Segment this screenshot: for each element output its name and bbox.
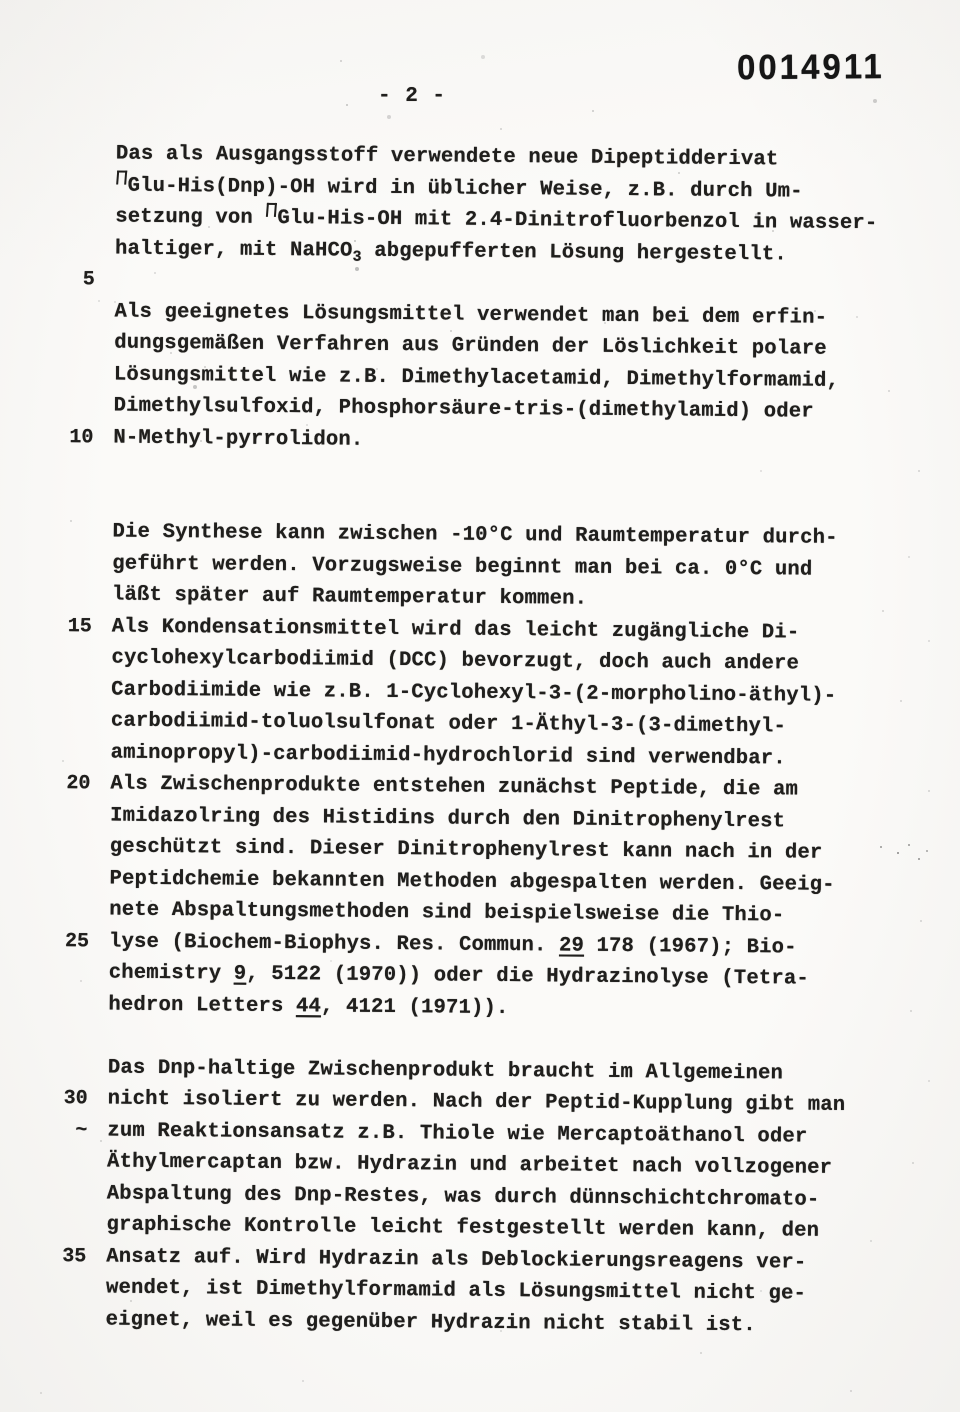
line-text: cyclohexylcarbodiimid (DCC) bevorzugt, d… xyxy=(111,647,799,676)
line-text: Die Synthese kann zwischen -10°C und Rau… xyxy=(112,521,837,550)
line-text: geführt werden. Vorzugsweise beginnt man… xyxy=(112,552,812,581)
line-text: wendet, ist Dimethylformamid als Lösungs… xyxy=(106,1276,806,1305)
line-text: hedron Letters 44, 4121 (1971)). xyxy=(108,993,508,1019)
line-number-margin: ~ xyxy=(45,1118,91,1141)
line-text: eignet, weil es gegenüber Hydrazin nicht… xyxy=(106,1308,756,1337)
line-text: Äthylmercaptan bzw. Hydrazin und arbeite… xyxy=(107,1151,832,1180)
underlined-volume-number: 44 xyxy=(296,995,321,1018)
subscript-text: 3 xyxy=(352,248,361,265)
line-text: lyse (Biochem-Biophys. Res. Commun. 29 1… xyxy=(109,930,797,959)
line-number-margin: 15 xyxy=(50,614,96,637)
underlined-volume-number: 9 xyxy=(234,963,247,986)
document-page: 0014911 - 2 - Das als Ausgangsstoff verw… xyxy=(0,0,960,1412)
line-text: Als Kondensationsmittel wird das leicht … xyxy=(112,615,800,644)
line-text: Als geeignetes Lösungsmittel verwendet m… xyxy=(114,300,827,329)
line-text: carbodiimid-toluolsulfonat oder 1-Äthyl-… xyxy=(111,710,786,739)
patent-publication-number: 0014911 xyxy=(737,46,885,87)
line-text: dungsgemäßen Verfahren aus Gründen der L… xyxy=(114,332,827,361)
line-text: haltiger, mit NaHCO3 abgepufferten Lösun… xyxy=(115,237,787,266)
page-number: - 2 - xyxy=(378,85,446,108)
line-text: Peptidchemie bekannten Methoden abgespal… xyxy=(109,867,834,896)
line-text: Glu-His(Dnp)-OH wird in üblicher Weise, … xyxy=(116,174,803,203)
line-text: nete Abspaltungsmethoden sind beispielsw… xyxy=(109,899,784,928)
line-text: zum Reaktionsansatz z.B. Thiole wie Merc… xyxy=(107,1119,807,1148)
line-text: Das Dnp-haltige Zwischenprodukt braucht … xyxy=(108,1056,783,1085)
line-text: aminopropyl)-carbodiimid-hydrochlorid si… xyxy=(111,741,786,770)
line-text: Das als Ausgangsstoff verwendete neue Di… xyxy=(116,143,779,172)
line-text: Imidazolring des Histidins durch den Din… xyxy=(110,804,785,833)
line-text: Carbodiimide wie z.B. 1-Cyclohexyl-3-(2-… xyxy=(111,678,836,707)
line-text: Als Zwischenprodukte entstehen zunächst … xyxy=(110,773,798,802)
pyroglutamyl-bracket-icon xyxy=(116,170,127,184)
line-number-margin: 10 xyxy=(51,425,97,448)
line-text: Ansatz auf. Wird Hydrazin als Deblockier… xyxy=(106,1245,806,1274)
line-text: läßt später auf Raumtemperatur kommen. xyxy=(112,584,587,611)
line-number-margin: 20 xyxy=(48,772,94,795)
line-text: N-Methyl-pyrrolidon. xyxy=(113,426,363,451)
line-number-margin: 35 xyxy=(44,1244,90,1267)
line-text: chemistry 9, 5122 (1970)) oder die Hydra… xyxy=(109,962,809,991)
line-text: Abspaltung des Dnp-Restes, was durch dün… xyxy=(107,1182,820,1211)
line-text: geschützt sind. Dieser Dinitrophenylrest… xyxy=(110,836,823,865)
line-text: Lösungsmittel wie z.B. Dimethylacetamid,… xyxy=(114,363,839,392)
line-number-margin: 25 xyxy=(47,929,93,952)
text-line: eignet, weil es gegenüber Hydrazin nicht… xyxy=(44,1307,910,1346)
line-text: Dimethylsulfoxid, Phosphorsäure-tris-(di… xyxy=(114,395,814,424)
pyroglutamyl-bracket-icon xyxy=(266,203,277,217)
line-text: graphische Kontrolle leicht festgestellt… xyxy=(106,1214,819,1243)
underlined-volume-number: 29 xyxy=(559,934,584,957)
scan-noise-speckles xyxy=(0,0,2,2)
line-number-margin: 5 xyxy=(53,268,99,291)
body-text: Das als Ausgangsstoff verwendete neue Di… xyxy=(44,142,920,1347)
line-number-margin: 30 xyxy=(46,1087,92,1110)
